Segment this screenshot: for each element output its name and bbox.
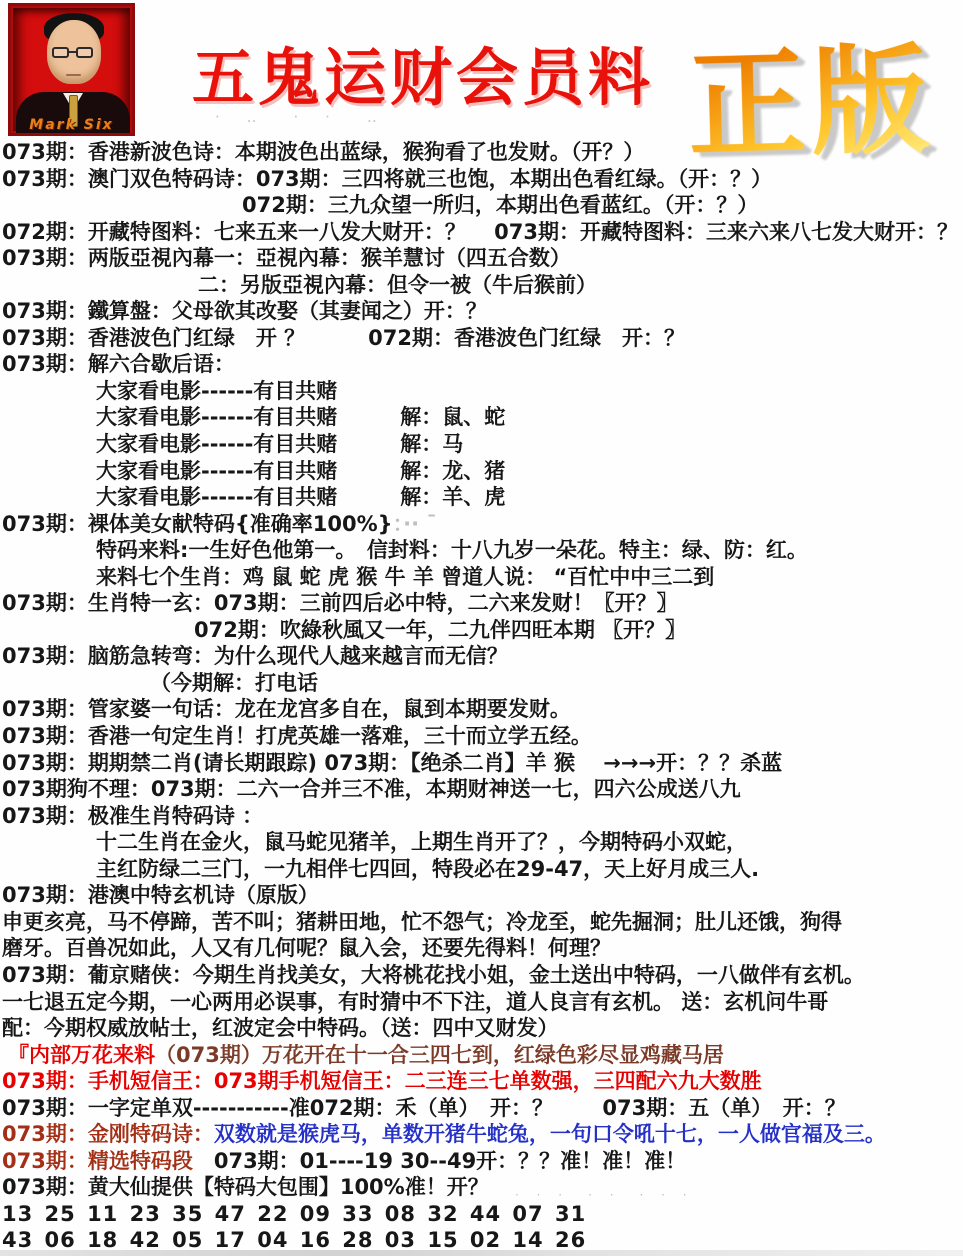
text-line: 特码来料:一生好色他第一。 信封料：十八九岁一朵花。特主：绿、防：红。 <box>2 537 961 564</box>
text-line: 073期：极准生肖特码诗 ： <box>2 803 961 830</box>
portrait-photo: Mark Six <box>8 3 135 136</box>
text-segment: 073期：一字定单双-----------准072期：禾（单） 开：？ 073期… <box>2 1096 846 1120</box>
text-segment: 来料七个生肖：鸡 鼠 蛇 虎 猴 牛 羊 曾道人说： “百忙中中三二到 <box>96 565 714 589</box>
text-segment: 大家看电影------有目共赌 解：龙、猪 <box>96 459 505 483</box>
text-segment: 073期：解六合歇后语： <box>2 352 235 376</box>
text-line: 073期：两版亞視內幕一：亞視內幕：猴羊慧讨（四五合数） <box>2 245 961 272</box>
text-line: 一七退五定今期，一心两用必误事，有时猜中不下注，道人良言有玄机。 送：玄机问牛哥 <box>2 989 961 1016</box>
text-lines: 073期：香港新波色诗：本期波色出蓝绿，猴狗看了也发财。（开？）073期：澳门双… <box>2 139 961 1254</box>
text-line: 073期：脑筋急转弯：为什么现代人越来越言而无信？ <box>2 643 961 670</box>
text-segment: 073期：01----19 30--49开：？？准！准！准！ <box>193 1149 686 1173</box>
text-line: 073期：香港波色门红绿 开 ？ 072期：香港波色门红绿 开：？ <box>2 325 961 352</box>
text-segment: 『内部万花来料 <box>8 1043 155 1067</box>
text-line: 073期：管家婆一句话：龙在龙宫多自在，鼠到本期要发财。 <box>2 696 961 723</box>
text-line: 073期狗不理：073期：二六一合并三不准，本期财神送一七，四六公成送八九 <box>2 776 961 803</box>
text-segment: 一七退五定今期，一心两用必误事，有时猜中不下注，道人良言有玄机。 送：玄机问牛哥 <box>2 990 828 1014</box>
text-line: 073期：手机短信王：073期手机短信王：二三连三七单数强，三四配六九大数胜 <box>2 1068 961 1095</box>
text-line: 主红防绿二三门，一九相伴七四回，特段必在29-47，天上好月成三人. <box>2 856 961 883</box>
text-segment: 073期：港澳中特玄机诗（原版） <box>2 883 319 907</box>
text-line: 大家看电影------有目共赌 解：羊、虎 <box>2 484 961 511</box>
text-line: 073期：香港一句定生肖！打虎英雄一落难，三十而立学五经。 <box>2 723 961 750</box>
text-segment: 073期：管家婆一句话：龙在龙宫多自在，鼠到本期要发财。 <box>2 697 571 721</box>
text-line: 『内部万花来料（073期）万花开在十一合三四七到，红绿色彩尽显鸡藏马居 <box>2 1042 961 1069</box>
text-line: 073期：精选特码段 073期：01----19 30--49开：？？准！准！准… <box>2 1148 961 1175</box>
text-segment: 二：另版亞視內幕：但令一被（牛后猴前） <box>198 273 597 297</box>
page-title: 五鬼运财会员料 <box>192 28 654 117</box>
text-line: 大家看电影------有目共赌 解：龙、猪 <box>2 458 961 485</box>
text-segment: 磨牙。百兽况如此，人又有几何呢？鼠入会，还要先得料！何理？ <box>2 936 611 960</box>
text-line: 073期：澳门双色特码诗：073期：三四将就三也饱，本期出色看红绿。（开：？） <box>2 166 961 193</box>
text-line: 磨牙。百兽况如此，人又有几何呢？鼠入会，还要先得料！何理？ <box>2 935 961 962</box>
text-segment: 主红防绿二三门，一九相伴七四回，特段必在29-47，天上好月成三人. <box>96 857 759 881</box>
text-segment: 073期：生肖特一玄：073期：三前四后必中特，二六来发财！〖开？〗 <box>2 591 678 615</box>
text-line: 073期：解六合歇后语： <box>2 351 961 378</box>
text-segment: 13 25 11 23 35 47 22 09 33 08 32 44 07 3… <box>2 1202 586 1226</box>
text-line: 073期：期期禁二肖(请长期跟踪) 073期：【绝杀二肖】羊 猴 →→→开：？？… <box>2 750 961 777</box>
text-segment: 072期：三九众望一所归，本期出色看蓝红。（开：？） <box>242 193 758 217</box>
photo-caption: Mark Six <box>11 117 132 133</box>
text-segment: 双数就是猴虎马，单数开猪牛蛇兔，一句口令吼十七，一人做官福及三。 <box>214 1122 886 1146</box>
scan-artifact-under-title: · ‥ · · ‥ <box>215 106 388 127</box>
text-segment: 073期狗不理：073期：二六一合并三不准，本期财神送一七，四六公成送八九 <box>2 777 741 801</box>
text-line: 二：另版亞視內幕：但令一被（牛后猴前） <box>2 272 961 299</box>
text-line: 大家看电影------有目共赌 <box>2 378 961 405</box>
special-numbers-row: 13 25 11 23 35 47 22 09 33 08 32 44 07 3… <box>2 1201 961 1228</box>
text-line: （今期解：打电话 <box>2 670 961 697</box>
text-segment: （今期解：打电话 <box>150 671 318 695</box>
text-segment: 073期：期期禁二肖(请长期跟踪) 073期：【绝杀二肖】羊 猴 →→→开：？？… <box>2 751 782 775</box>
text-segment: 073期：澳门双色特码诗：073期：三四将就三也饱，本期出色看红绿。（开：？） <box>2 167 772 191</box>
text-line: 来料七个生肖：鸡 鼠 蛇 虎 猴 牛 羊 曾道人说： “百忙中中三二到 <box>2 564 961 591</box>
text-segment: 073期：黄大仙提供【特码大包围】100%准！开？ <box>2 1175 489 1199</box>
text-segment: 073期：极准生肖特码诗 ： <box>2 804 263 828</box>
text-segment: 43 06 18 42 05 17 04 16 28 03 15 02 14 2… <box>2 1228 586 1252</box>
text-segment: 073期：鐵算盤：父母欲其改娶（其妻闻之）开：？ <box>2 299 487 323</box>
text-segment: 073期：两版亞視內幕一：亞視內幕：猴羊慧讨（四五合数） <box>2 246 571 270</box>
text-segment: ：·· ˉ <box>393 512 437 536</box>
text-segment: 大家看电影------有目共赌 解：马 <box>96 432 463 456</box>
text-segment: 十二生肖在金火，鼠马蛇见猪羊，上期生肖开了？，今期特码小双蛇， <box>96 830 747 854</box>
text-line: 072期：吹綠秋風又一年，二九伴四旺本期 〖开？〗 <box>2 617 961 644</box>
text-segment: 073期：金刚特码诗： <box>2 1122 214 1146</box>
portrait-mouth <box>66 74 81 76</box>
text-line: 073期：金刚特码诗：双数就是猴虎马，单数开猪牛蛇兔，一句口令吼十七，一人做官福… <box>2 1121 961 1148</box>
text-segment: 申更亥亮，马不停蹄，苦不叫；猪耕田地，忙不怨气；冷龙至，蛇先掘洞；肚儿还饿，狗得 <box>2 910 842 934</box>
text-line: 073期：葡京赌侠：今期生肖找美女，大将桃花找小姐，金土送出中特码，一八做伴有玄… <box>2 962 961 989</box>
scan-artifact-footer: · · · · · · · · <box>515 1186 694 1203</box>
text-segment: 大家看电影------有目共赌 解：鼠、蛇 <box>96 405 505 429</box>
text-segment: 特码来料:一生好色他第一。 信封料：十八九岁一朵花。特主：绿、防：红。 <box>96 538 808 562</box>
text-segment: 配：今期权威放帖士，红波定会中特码。（送：四中又财发） <box>2 1016 559 1040</box>
text-line: 072期：三九众望一所归，本期出色看蓝红。（开：？） <box>2 192 961 219</box>
text-line: 073期：一字定单双-----------准072期：禾（单） 开：？ 073期… <box>2 1095 961 1122</box>
glasses-right-lens <box>76 47 93 58</box>
text-line: 073期：鐵算盤：父母欲其改娶（其妻闻之）开：？ <box>2 298 961 325</box>
text-segment: 073期：手机短信王：073期手机短信王：二三连三七单数强，三四配六九大数胜 <box>2 1069 762 1093</box>
text-line: 073期：黄大仙提供【特码大包围】100%准！开？ <box>2 1174 961 1201</box>
text-line: 073期：香港新波色诗：本期波色出蓝绿，猴狗看了也发财。（开？） <box>2 139 961 166</box>
text-segment: 073期：葡京赌侠：今期生肖找美女，大将桃花找小姐，金土送出中特码，一八做伴有玄… <box>2 963 865 987</box>
text-line: 072期：开藏特图料：七来五来一八发大财开：？ 073期：开藏特图料：三来六来八… <box>2 219 961 246</box>
glasses-bridge <box>68 51 77 53</box>
text-line: 大家看电影------有目共赌 解：马 <box>2 431 961 458</box>
glasses-left-lens <box>52 47 69 58</box>
text-line: 073期：港澳中特玄机诗（原版） <box>2 882 961 909</box>
text-line: 073期：生肖特一玄：073期：三前四后必中特，二六来发财！〖开？〗 <box>2 590 961 617</box>
text-line: 申更亥亮，马不停蹄，苦不叫；猪耕田地，忙不怨气；冷龙至，蛇先掘洞；肚儿还饿，狗得 <box>2 909 961 936</box>
tip-sheet: Mark Six 五鬼运财会员料 · ‥ · · ‥ 正版 073期：香港新波色… <box>0 0 963 1256</box>
scan-edge-smear <box>0 1250 963 1256</box>
text-line: 073期：裸体美女献特码{准确率100%}：·· ˉ <box>2 511 961 538</box>
text-segment: 大家看电影------有目共赌 <box>96 379 337 403</box>
text-segment: 073期：香港波色门红绿 开 ？ 072期：香港波色门红绿 开：？ <box>2 326 685 350</box>
text-line: 大家看电影------有目共赌 解：鼠、蛇 <box>2 404 961 431</box>
text-segment: 073期：裸体美女献特码{准确率100%} <box>2 512 393 536</box>
text-line: 十二生肖在金火，鼠马蛇见猪羊，上期生肖开了？，今期特码小双蛇， <box>2 829 961 856</box>
text-segment: 073期：精选特码段 <box>2 1149 193 1173</box>
text-segment: 大家看电影------有目共赌 解：羊、虎 <box>96 485 505 509</box>
text-segment: 072期：开藏特图料：七来五来一八发大财开：？ 073期：开藏特图料：三来六来八… <box>2 220 958 244</box>
text-segment: 073期：脑筋急转弯：为什么现代人越来越言而无信？ <box>2 644 508 668</box>
text-segment: 073期：香港一句定生肖！打虎英雄一落难，三十而立学五经。 <box>2 724 592 748</box>
text-segment: 072期：吹綠秋風又一年，二九伴四旺本期 〖开？〗 <box>194 618 686 642</box>
text-segment: 073期：香港新波色诗：本期波色出蓝绿，猴狗看了也发财。（开？） <box>2 140 644 164</box>
text-line: 配：今期权威放帖士，红波定会中特码。（送：四中又财发） <box>2 1015 961 1042</box>
text-segment: （073期）万花开在十一合三四七到，红绿色彩尽显鸡藏马居 <box>155 1043 724 1067</box>
